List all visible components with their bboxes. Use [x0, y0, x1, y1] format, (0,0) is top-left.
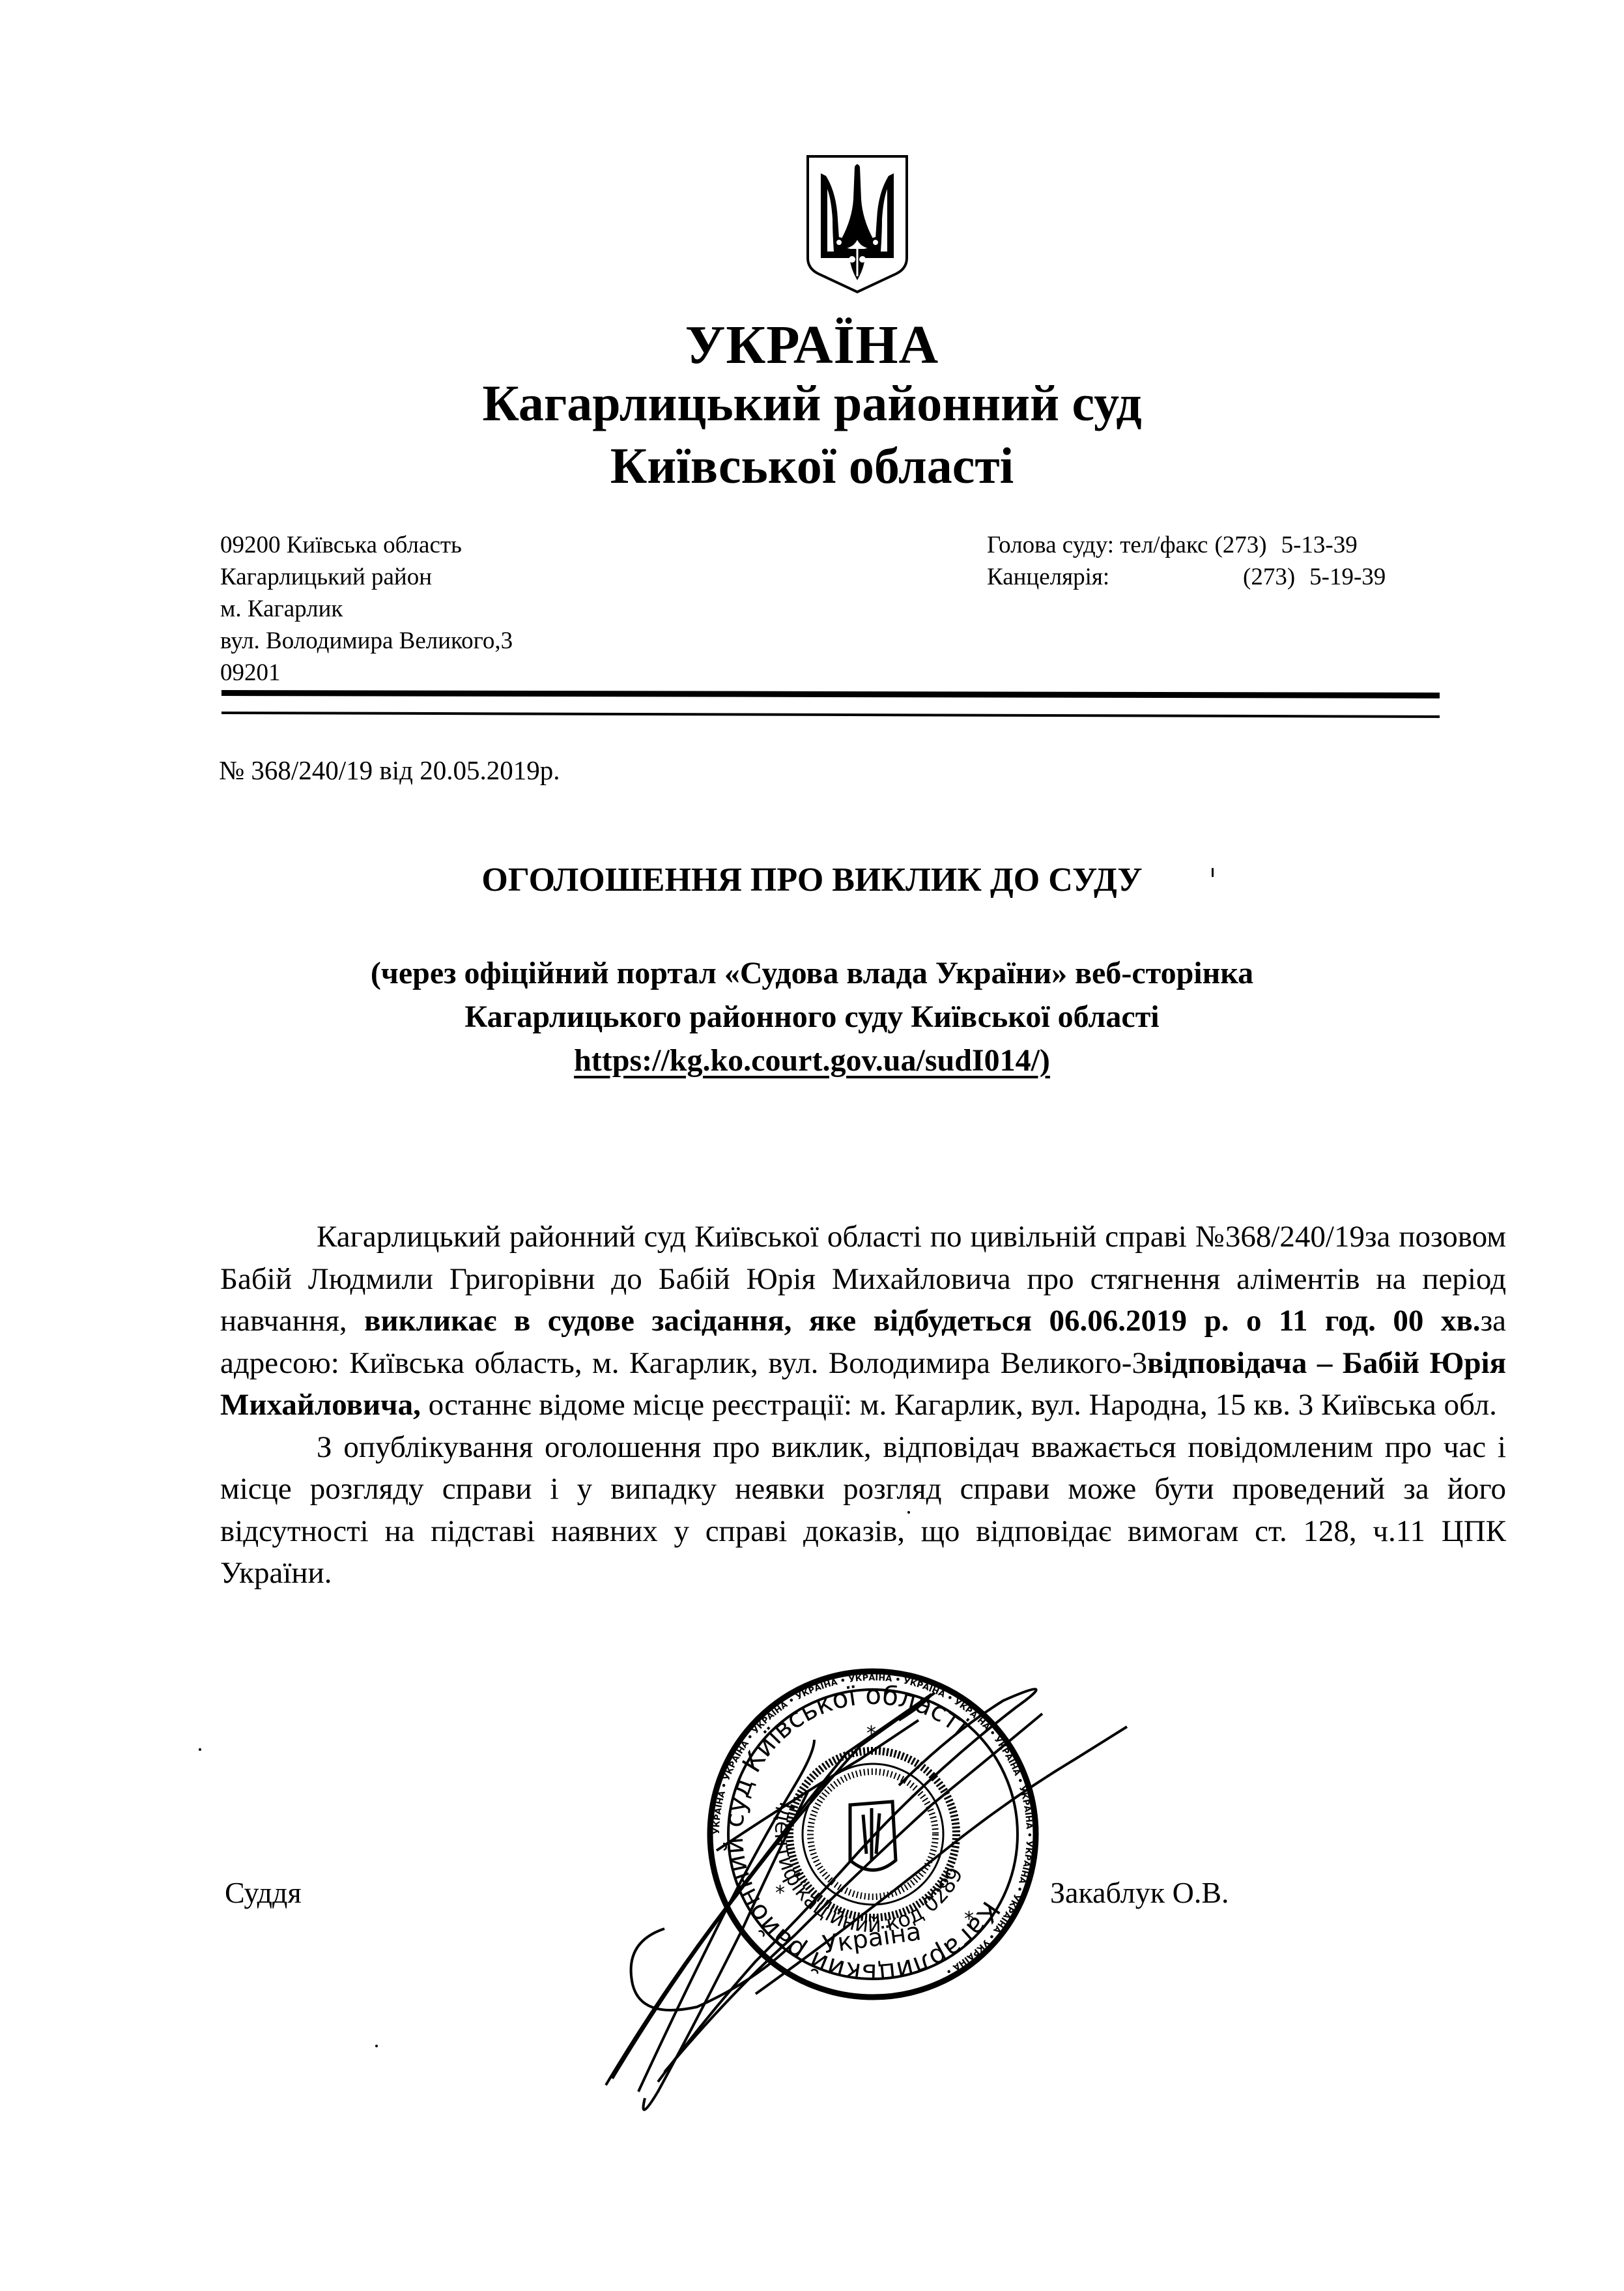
- court-address: 09200 Київська область Кагарлицький райо…: [220, 529, 513, 689]
- document-reference: № 368/240/19 від 20.05.2019р.: [219, 757, 560, 784]
- document-title: ОГОЛОШЕННЯ ПРО ВИКЛИК ДО СУДУ: [0, 863, 1624, 897]
- phone-label: Голова суду: тел/факс: [987, 529, 1208, 561]
- scan-speck: [375, 2045, 378, 2047]
- signer-role: Суддя: [225, 1878, 302, 1908]
- phone-row-head: Голова суду: тел/факс (273) 5-13-39: [987, 529, 1386, 561]
- subtitle-line1: (через офіційний портал «Судова влада Ук…: [0, 951, 1624, 995]
- phone-number: 5-13-39: [1281, 529, 1358, 561]
- court-name-line1: Кагарлицький районний суд: [0, 378, 1624, 429]
- subtitle-line2: Кагарлицького районного суду Київської о…: [0, 995, 1624, 1039]
- court-website-link[interactable]: https://kg.ko.court.gov.ua/sudI014/): [574, 1043, 1050, 1078]
- signer-name: Закаблук О.В.: [1050, 1878, 1229, 1908]
- address-line: Кагарлицький район: [220, 561, 513, 593]
- body-paragraph-2: З опублікування оголошення про виклик, в…: [220, 1426, 1506, 1594]
- address-line: 09201: [220, 657, 513, 689]
- court-name-line2: Київської області: [0, 440, 1624, 491]
- scan-speck: [199, 1748, 201, 1751]
- letterhead-divider-thin: [221, 712, 1440, 718]
- body-text-bold: викликає в судове засідання, яке відбуде…: [364, 1304, 1480, 1338]
- coat-of-arms-icon: [805, 154, 909, 295]
- body-text: останнє відоме місце реєстрації: м. Кага…: [421, 1388, 1497, 1422]
- phone-label: Канцелярія:: [987, 561, 1243, 593]
- letterhead-divider-thick: [221, 690, 1440, 699]
- phone-code: (273): [1214, 529, 1266, 561]
- phone-number: 5-19-39: [1309, 561, 1386, 593]
- phone-row-office: Канцелярія: (273) 5-19-39: [987, 561, 1386, 593]
- address-line: м. Кагарлик: [220, 593, 513, 625]
- body-paragraph-1: Кагарлицький районний суд Київської обла…: [220, 1216, 1506, 1426]
- phone-code: (273): [1243, 561, 1295, 593]
- address-line: 09200 Київська область: [220, 529, 513, 561]
- address-line: вул. Володимира Великого,3: [220, 625, 513, 657]
- court-phones: Голова суду: тел/факс (273) 5-13-39 Канц…: [987, 529, 1386, 593]
- scan-speck: [907, 1511, 910, 1514]
- scan-speck: [1212, 868, 1214, 877]
- document-subtitle: (через офіційний портал «Судова влада Ук…: [0, 951, 1624, 1082]
- notice-body: Кагарлицький районний суд Київської обла…: [220, 1216, 1506, 1594]
- country-heading: УКРАЇНА: [0, 318, 1624, 373]
